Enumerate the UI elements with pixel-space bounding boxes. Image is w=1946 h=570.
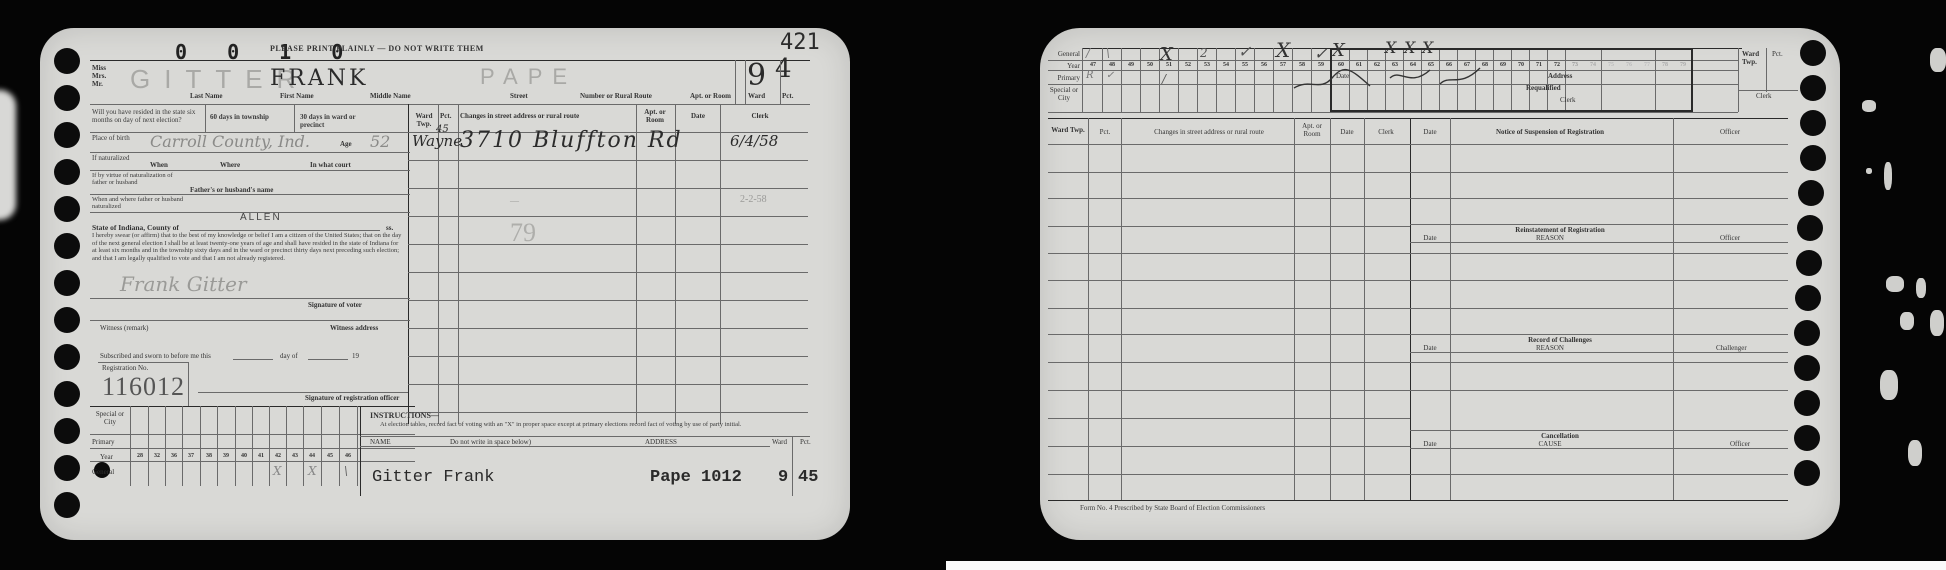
year-cell: 40: [236, 453, 252, 459]
label-first-name: First Name: [280, 92, 314, 100]
back-th-date: Date: [1332, 128, 1362, 136]
cancellation-th-officer: Officer: [1730, 440, 1750, 448]
punch-hole: [1794, 460, 1820, 486]
suspension-th-officer: Officer: [1680, 128, 1780, 136]
cancellation-th-date: Date: [1412, 440, 1448, 448]
age-value: 52: [370, 132, 390, 151]
grid-label-primary: Primary: [92, 438, 115, 446]
punch-hole: [1800, 145, 1826, 171]
year-cell: 46: [340, 453, 356, 459]
year-suffix: 19: [352, 352, 359, 360]
instructions-name-label: NAME: [370, 438, 391, 446]
birth-label: Place of birth: [92, 134, 132, 143]
officer-signature-label: Signature of registration officer: [305, 394, 399, 402]
adjacent-card-edge: [0, 90, 16, 220]
year-cell: 77: [1638, 62, 1656, 68]
grid-label-special: Special or City: [92, 410, 128, 426]
back-th-ward: Ward Twp.: [1050, 126, 1086, 134]
back-grid-label-primary: Primary: [1048, 74, 1080, 82]
punch-hole: [1800, 75, 1826, 101]
back-ward-label: Ward Twp.: [1742, 50, 1764, 66]
instructions-ward-label: Ward: [772, 438, 787, 446]
year-cell: 45: [322, 453, 338, 459]
street-value: PAPE: [480, 64, 577, 90]
box-label-clerk: Clerk: [1560, 96, 1576, 104]
back-clerk-label: Clerk: [1756, 92, 1772, 100]
change-row2-date: 2-2-58: [740, 194, 767, 205]
year-cell: 48: [1103, 62, 1121, 68]
scan-artifact: [1884, 162, 1892, 190]
change-address: 3710 Bluffton Rd: [460, 128, 683, 153]
challenges-th-challenger: Challenger: [1716, 344, 1747, 352]
back-grid-label-special: Special or City: [1048, 86, 1080, 102]
witness-address-label: Witness address: [330, 324, 378, 332]
year-cell: 76: [1620, 62, 1638, 68]
th-date: Date: [680, 112, 716, 120]
th-ward-twp: Ward Twp.: [412, 112, 436, 128]
primary-mark: /: [1162, 72, 1166, 86]
challenges-th-date: Date: [1412, 344, 1448, 352]
card-number: 421: [780, 30, 820, 55]
punch-hole: [1797, 215, 1823, 241]
punch-hole: [54, 233, 80, 259]
year-cell: 41: [253, 453, 269, 459]
reinstatement-th-officer: Officer: [1720, 234, 1740, 242]
year-cell: 70: [1512, 62, 1530, 68]
instructions-pct-label: Pct.: [800, 438, 811, 446]
scan-artifact: [1900, 312, 1914, 330]
voter-signature: Frank Gitter: [120, 272, 247, 296]
back-th-apt: Apt. or Room: [1296, 122, 1328, 138]
year-cell: 73: [1566, 62, 1584, 68]
registration-card-front: 0 0 1 0 PLEASE PRINT PLAINLY — DO NOT WR…: [40, 28, 850, 540]
label-middle-name: Middle Name: [370, 92, 411, 100]
general-mark: X: [308, 464, 317, 478]
punch-hole: [54, 122, 80, 148]
th-apt-room: Apt. or Room: [638, 108, 672, 124]
witness-label: Witness (remark): [100, 324, 149, 332]
year-cell: 36: [166, 453, 182, 459]
scan-artifact: [1908, 440, 1922, 466]
oath-ss: ss.: [386, 224, 393, 232]
back-th-pct: Pct.: [1092, 128, 1118, 136]
township-label: 60 days in township: [210, 113, 270, 121]
label-apt: Apt. or Room: [690, 92, 731, 100]
year-cell: 32: [149, 453, 165, 459]
general-mark: \: [344, 464, 348, 478]
county-value: ALLEN: [240, 212, 282, 223]
naturalized-court: In what court: [310, 161, 351, 169]
year-cell: 78: [1656, 62, 1674, 68]
challenges-th-reason: REASON: [1500, 344, 1600, 352]
pct-mark: 4: [775, 54, 792, 84]
year-cell: 54: [1217, 62, 1235, 68]
challenges-title: Record of Challenges: [1480, 336, 1640, 344]
header-instruction: PLEASE PRINT PLAINLY — DO NOT WRITE THEM: [270, 45, 484, 53]
punch-hole: [1800, 110, 1826, 136]
vote-mark: X: [1276, 38, 1290, 62]
grid-label-general: General: [92, 468, 114, 476]
change-row2-faint: —: [510, 196, 519, 206]
father-naturalized-label: When and where father or husband natural…: [92, 196, 192, 210]
residence-question: Will you have resided in the state six m…: [92, 108, 202, 124]
handwriting-scribble: [1290, 48, 1490, 98]
scan-artifact: [1930, 310, 1944, 336]
general-mark: X: [273, 464, 282, 478]
reg-no-label: Registration No.: [102, 364, 148, 372]
label-street: Street: [510, 92, 528, 100]
naturalized-where: Where: [220, 161, 240, 169]
label-ward: Ward: [748, 92, 765, 100]
year-cell: 72: [1548, 62, 1566, 68]
year-cell: 71: [1530, 62, 1548, 68]
scan-artifact: [1886, 276, 1904, 292]
year-cell: 52: [1179, 62, 1197, 68]
reinstatement-th-date: Date: [1412, 234, 1448, 242]
back-th-clerk: Clerk: [1366, 128, 1406, 136]
punch-hole: [1795, 285, 1821, 311]
first-name-value: FRANK: [270, 66, 368, 91]
typed-address: Pape 1012: [650, 468, 742, 487]
label-pct: Pct.: [782, 92, 793, 100]
oath-text: I hereby swear (or affirm) that to the b…: [92, 232, 402, 262]
scan-artifact: [1862, 100, 1876, 112]
birth-value: Carroll County, Ind.: [150, 132, 310, 151]
punch-hole: [1794, 390, 1820, 416]
ward-mark: 9: [747, 58, 766, 93]
age-label: Age: [340, 140, 352, 148]
punch-hole: [54, 159, 80, 185]
punch-hole: [1796, 250, 1822, 276]
instructions-text: At election tables, record fact of votin…: [380, 421, 800, 428]
cancellation-th-cause: CAUSE: [1500, 440, 1600, 448]
day-of-label: day of: [280, 352, 298, 360]
oath-title: State of Indiana, County of: [92, 224, 179, 232]
punch-hole: [54, 418, 80, 444]
vote-mark: /: [1086, 46, 1090, 60]
suspension-th-notice: Notice of Suspension of Registration: [1460, 128, 1640, 136]
year-cell: 74: [1584, 62, 1602, 68]
scan-border-strip: [946, 561, 1946, 570]
year-cell: 50: [1141, 62, 1159, 68]
punch-hole: [1794, 320, 1820, 346]
box-label-requalified: Requalified: [1526, 84, 1561, 92]
year-cell: 53: [1198, 62, 1216, 68]
year-cell: 42: [270, 453, 286, 459]
punch-hole: [54, 492, 80, 518]
punch-hole: [54, 307, 80, 333]
back-th-changes: Changes in street address or rural route: [1126, 128, 1292, 136]
label-number: Number or Rural Route: [580, 92, 652, 100]
scan-artifact: [1880, 370, 1898, 400]
change-date: 6/4/58: [730, 132, 778, 150]
vote-mark: 2: [1200, 46, 1208, 60]
punch-hole: [1794, 425, 1820, 451]
punch-hole: [54, 381, 80, 407]
year-cell: 37: [183, 453, 199, 459]
punch-hole: [1794, 355, 1820, 381]
ward-precinct-label: 30 days in ward or precinct: [300, 113, 370, 129]
punch-hole: [54, 270, 80, 296]
back-grid-label-year: Year: [1048, 62, 1080, 70]
form-footer: Form No. 4 Prescribed by State Board of …: [1080, 504, 1265, 513]
typed-name: Gitter Frank: [372, 468, 494, 487]
change-pct: 45: [436, 124, 449, 135]
primary-mark: ✓: [1106, 70, 1114, 81]
instructions-do-not-write: Do not write in space below): [450, 438, 531, 446]
punch-hole: [1800, 40, 1826, 66]
instructions-title: INSTRUCTIONS—: [370, 412, 439, 420]
year-cell: 69: [1494, 62, 1512, 68]
year-cell: 43: [287, 453, 303, 459]
year-cell: 44: [304, 453, 320, 459]
punch-hole: [54, 48, 80, 74]
punch-hole: [54, 196, 80, 222]
year-cell: 79: [1674, 62, 1692, 68]
grid-label-year: Year: [100, 453, 113, 461]
year-cell: 39: [218, 453, 234, 459]
cancellation-title: Cancellation: [1480, 432, 1640, 440]
reinstatement-title: Reinstatement of Registration: [1480, 226, 1640, 234]
naturalized-when: When: [150, 161, 168, 169]
suspension-th-date: Date: [1412, 128, 1448, 136]
label-last-name: Last Name: [190, 92, 222, 100]
voter-signature-label: Signature of voter: [308, 301, 362, 309]
year-cell: 47: [1084, 62, 1102, 68]
box-label-address: Address: [1548, 72, 1572, 80]
year-cell: 56: [1255, 62, 1273, 68]
subscribed-label: Subscribed and sworn to before me this: [100, 352, 211, 360]
punch-hole: [54, 85, 80, 111]
instructions-address-label: ADDRESS: [645, 438, 677, 446]
year-cell: 75: [1602, 62, 1620, 68]
vote-mark: \: [1106, 46, 1110, 60]
naturalized-label: If naturalized: [92, 154, 132, 163]
registration-card-back: General Year Primary Special or City 47 …: [1040, 28, 1840, 540]
typed-ward: 9: [778, 468, 788, 487]
back-grid-label-general: General: [1048, 50, 1080, 58]
punch-hole: [1798, 180, 1824, 206]
punch-hole: [54, 344, 80, 370]
punch-hole: [54, 455, 80, 481]
vote-mark: X: [1160, 44, 1173, 65]
primary-mark: R: [1086, 70, 1094, 81]
th-changes: Changes in street address or rural route: [460, 112, 630, 120]
th-pct: Pct.: [440, 112, 456, 120]
vote-mark: ✓: [1238, 42, 1251, 61]
year-cell: 49: [1122, 62, 1140, 68]
father-name-label: Father's or husband's name: [190, 186, 273, 194]
typed-pct: 45: [798, 468, 818, 487]
prefix-labels: MissMrs.Mr.: [92, 64, 110, 88]
year-cell: 28: [132, 453, 148, 459]
year-cell: 38: [201, 453, 217, 459]
scan-artifact: [1916, 278, 1926, 298]
reinstatement-th-reason: REASON: [1500, 234, 1600, 242]
scan-artifact: [1866, 168, 1872, 174]
back-pct-label: Pct.: [1772, 50, 1783, 58]
scan-artifact: [1930, 48, 1946, 72]
th-clerk: Clerk: [730, 112, 790, 120]
virtue-label: If by virtue of naturalization of father…: [92, 172, 182, 186]
year-cell: 55: [1236, 62, 1254, 68]
reg-no-value: 116012: [102, 372, 185, 402]
